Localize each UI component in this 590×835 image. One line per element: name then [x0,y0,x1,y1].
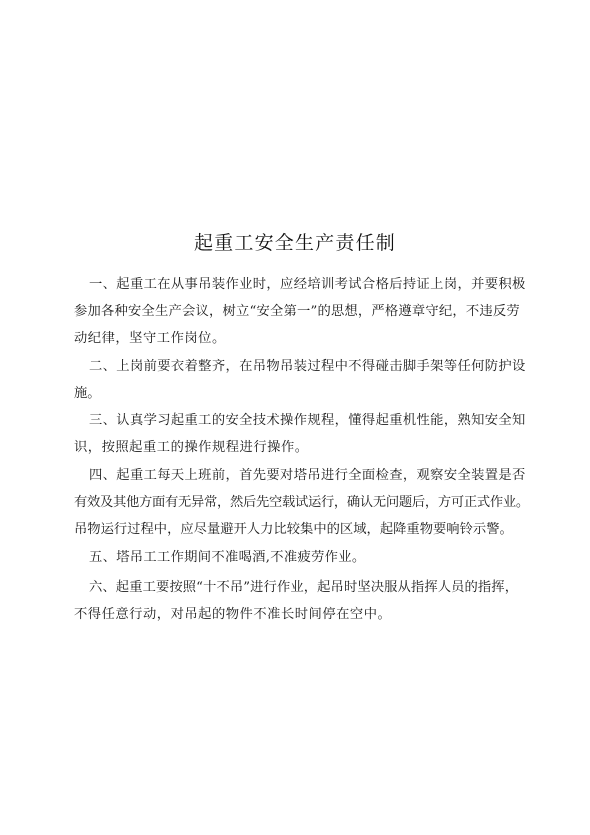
paragraph-line: 吊物运行过程中，应尽量避开人力比较集中的区域，起降重物要响铃示警。 [74,521,513,539]
paragraph-line: 六、起重工要按照“十不吊”进行作业，起吊时坚决服从指挥人员的指挥， [89,579,518,597]
paragraph-line: 动纪律，坚守工作岗位。 [74,330,226,348]
paragraph-line: 五、塔吊工工作期间不准喝酒,不准疲劳作业。 [89,549,365,567]
paragraph-line: 施。 [74,385,101,403]
document-title: 起重工安全生产责任制 [0,228,590,255]
paragraph-line: 一、起重工在从事吊装作业时，应经培训考试合格后持证上岗，并要积极 [89,276,526,294]
paragraph-line: 参加各种安全生产会议，树立“安全第一”的思想，严格遵章守纪，不违反劳 [74,303,520,321]
paragraph-line: 三、认真学习起重工的安全技术操作规程，懂得起重机性能，熟知安全知 [89,412,526,430]
paragraph-line: 四、起重工每天上班前，首先要对塔吊进行全面检查，观察安全装置是否 [89,467,526,485]
paragraph-line: 有效及其他方面有无异常，然后先空载试运行，确认无问题后，方可正式作业。 [74,494,529,512]
paragraph-line: 二、上岗前要衣着整齐，在吊物吊装过程中不得碰击脚手架等任何防护设 [89,358,526,376]
paragraph-line: 识，按照起重工的操作规程进行操作。 [74,439,309,457]
paragraph-line: 不得任意行动，对吊起的物件不准长时间停在空中。 [74,606,391,624]
